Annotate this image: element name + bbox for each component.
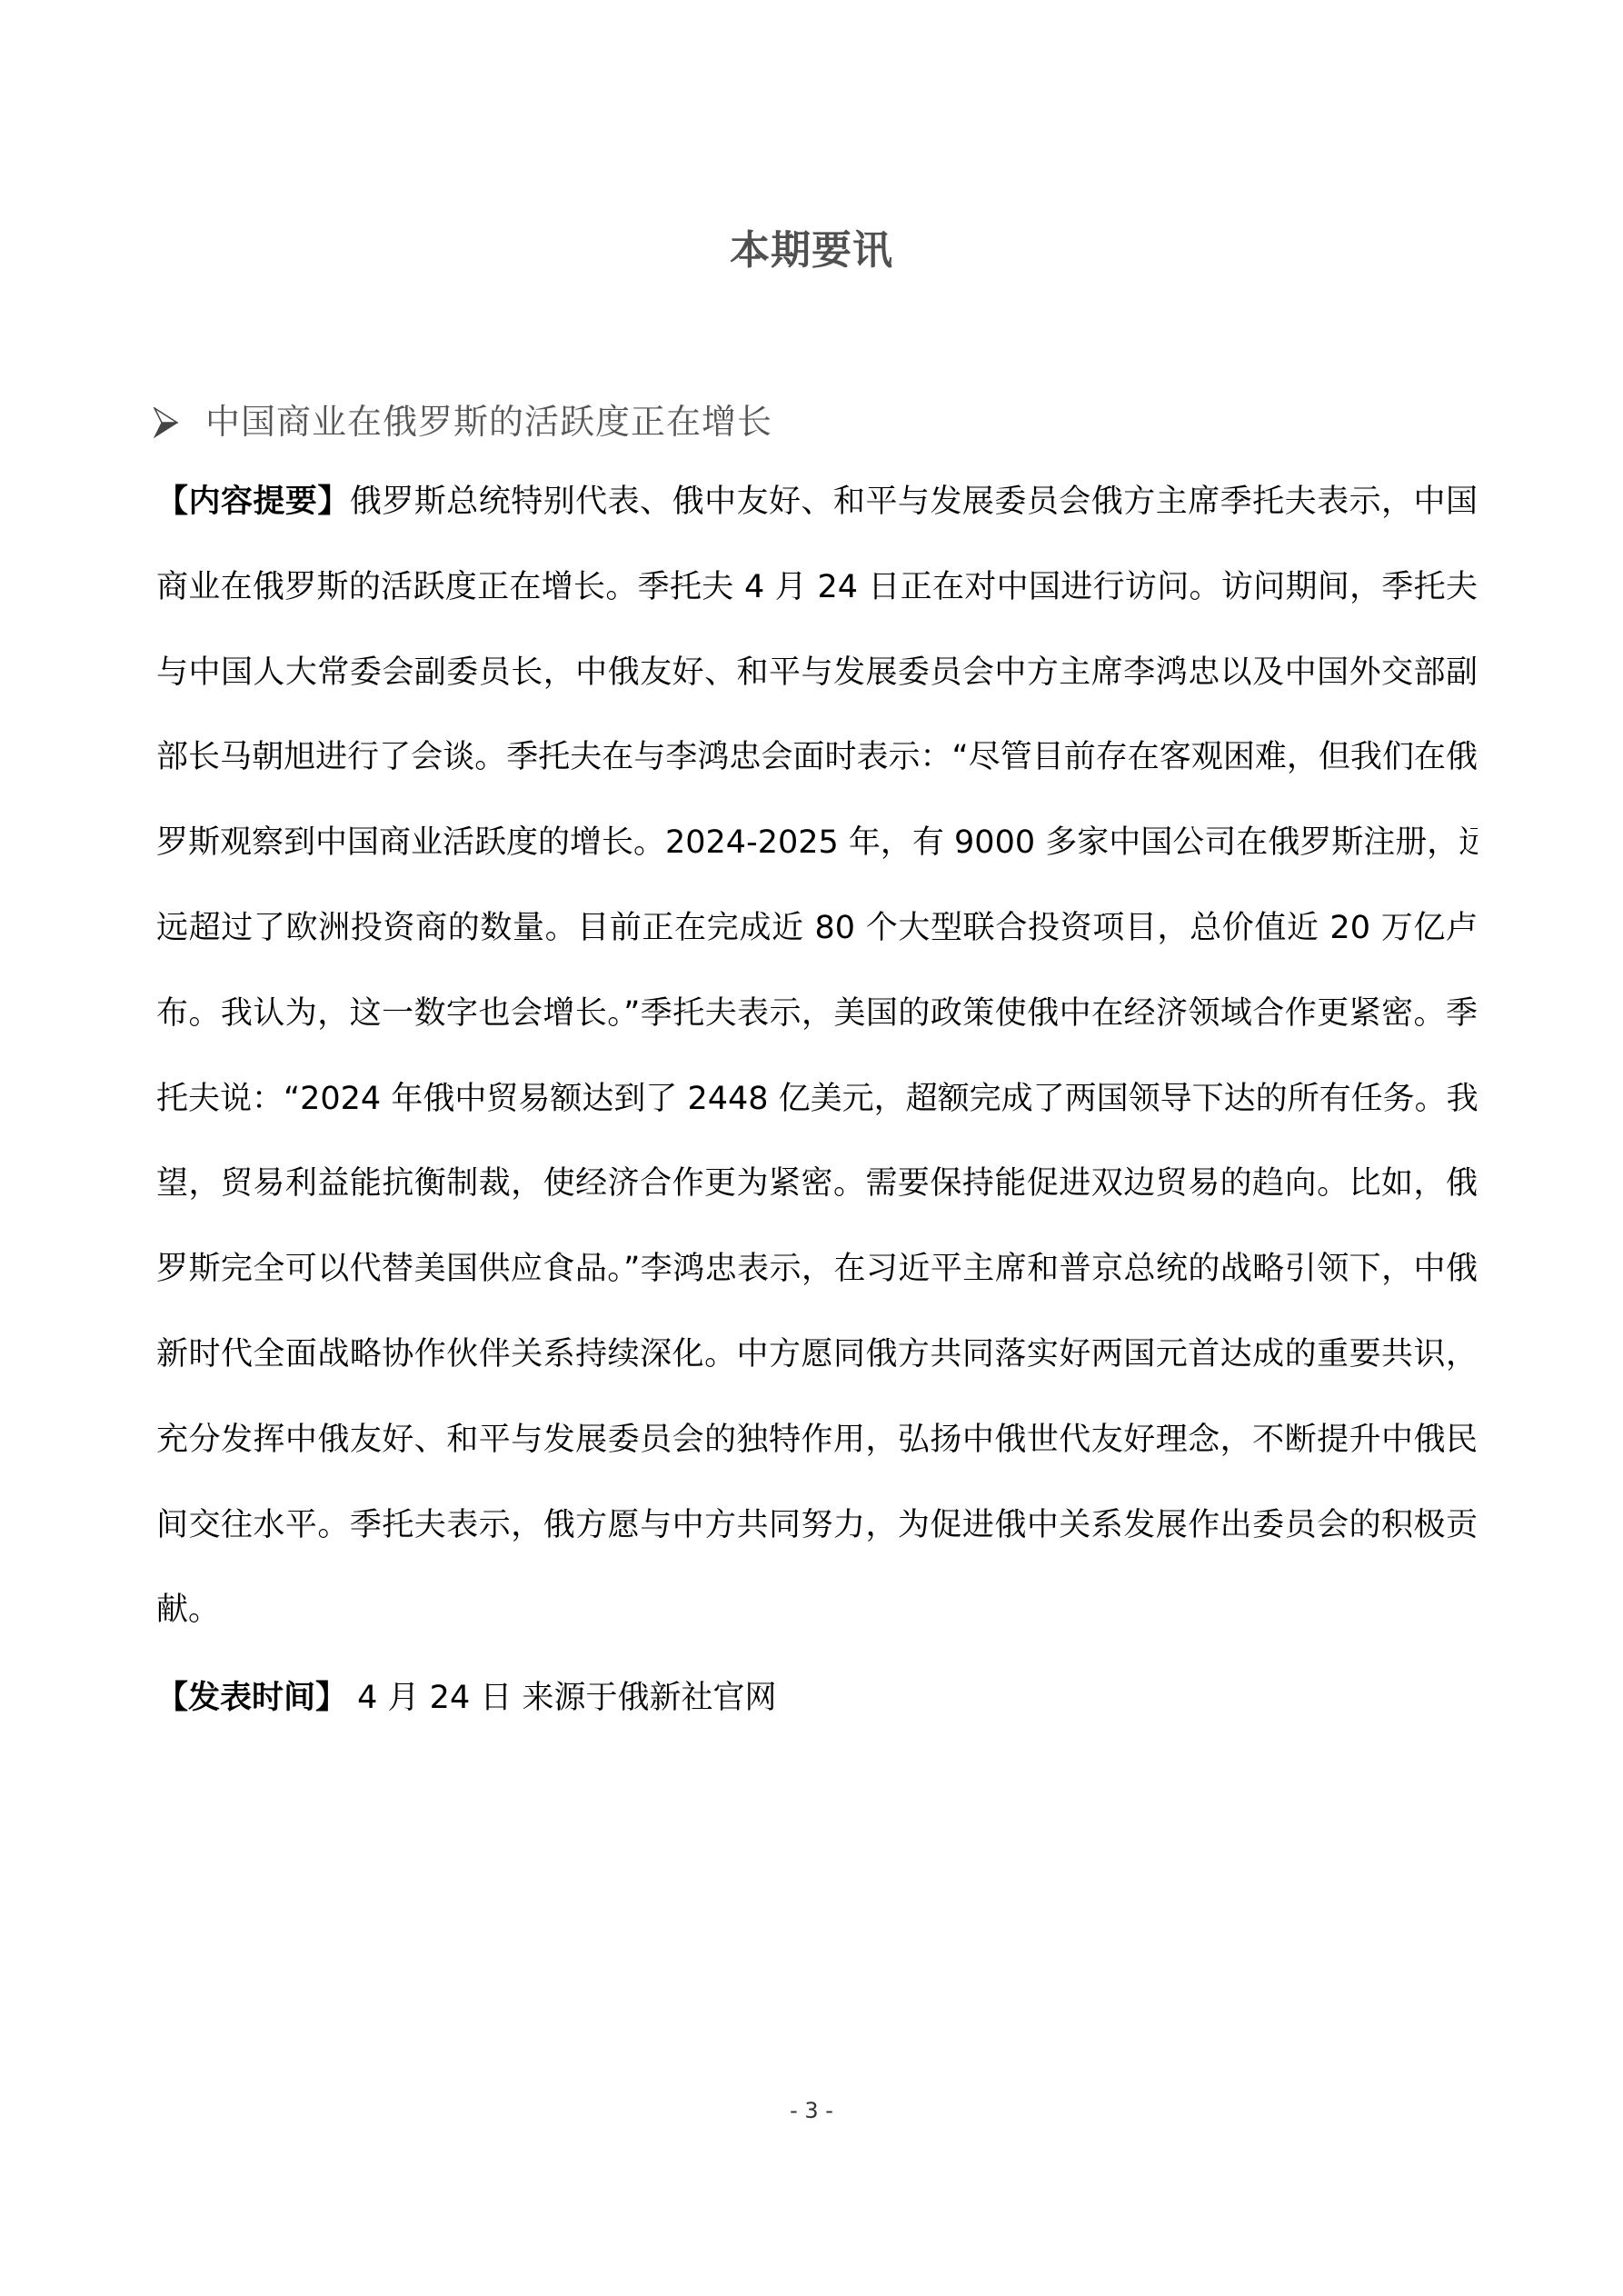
summary-label: 【内容提要】	[156, 484, 350, 520]
page-number: - 3 -	[0, 2092, 1623, 2129]
page-title: 本期要讯	[0, 224, 1623, 278]
paragraph-line: 罗斯观察到中国商业活跃度的增长。2024-2025 年，有 9000 多家中国公…	[156, 801, 1478, 886]
line-text: 俄罗斯总统特别代表、俄中友好、和平与发展委员会俄方主席季托夫表示，中国	[350, 484, 1478, 520]
source-text: 来源于俄新社官网	[522, 1680, 776, 1716]
paragraph-line: 与中国人大常委会副委员长，中俄友好、和平与发展委员会中方主席李鸿忠以及中国外交部…	[156, 631, 1478, 716]
paragraph-line: 充分发挥中俄友好、和平与发展委员会的独特作用，弘扬中俄世代友好理念，不断提升中俄…	[156, 1398, 1478, 1483]
publish-info: 【发表时间】 4 月 24 日 来源于俄新社官网	[156, 1656, 777, 1741]
paragraph-line: 望，贸易利益能抗衡制裁，使经济合作更为紧密。需要保持能促进双边贸易的趋向。比如，…	[156, 1142, 1478, 1227]
paragraph-line: 商业在俄罗斯的活跃度正在增长。季托夫 4 月 24 日正在对中国进行访问。访问期…	[156, 545, 1478, 631]
publish-date: 4 月 24 日	[357, 1680, 512, 1716]
publish-label: 【发表时间】	[156, 1680, 347, 1716]
paragraph-line: 远超过了欧洲投资商的数量。目前正在完成近 80 个大型联合投资项目，总价值近 2…	[156, 886, 1478, 972]
paragraph-line: 新时代全面战略协作伙伴关系持续深化。中方愿同俄方共同落实好两国元首达成的重要共识…	[156, 1313, 1478, 1398]
paragraph-line: 间交往水平。季托夫表示，俄方愿与中方共同努力，为促进俄中关系发展作出委员会的积极…	[156, 1483, 1478, 1569]
paragraph-line: 部长马朝旭进行了会谈。季托夫在与李鸿忠会面时表示：“尽管目前存在客观困难，但我们…	[156, 715, 1478, 801]
paragraph-line: 托夫说：“2024 年俄中贸易额达到了 2448 亿美元，超额完成了两国领导下达…	[156, 1057, 1478, 1143]
paragraph-line: 罗斯完全可以代替美国供应食品。”李鸿忠表示，在习近平主席和普京总统的战略引领下，…	[156, 1227, 1478, 1313]
section-heading-text: 中国商业在俄罗斯的活跃度正在增长	[205, 396, 772, 447]
paragraph-line: 布。我认为，这一数字也会增长。”季托夫表示，美国的政策使俄中在经济领域合作更紧密…	[156, 972, 1478, 1057]
paragraph-line: 【内容提要】俄罗斯总统特别代表、俄中友好、和平与发展委员会俄方主席季托夫表示，中…	[156, 460, 1478, 545]
section-heading: 中国商业在俄罗斯的活跃度正在增长	[153, 396, 772, 447]
summary-paragraph: 【内容提要】俄罗斯总统特别代表、俄中友好、和平与发展委员会俄方主席季托夫表示，中…	[156, 460, 1478, 1653]
paragraph-line: 献。	[156, 1568, 1478, 1653]
arrow-bullet-icon	[153, 406, 178, 437]
